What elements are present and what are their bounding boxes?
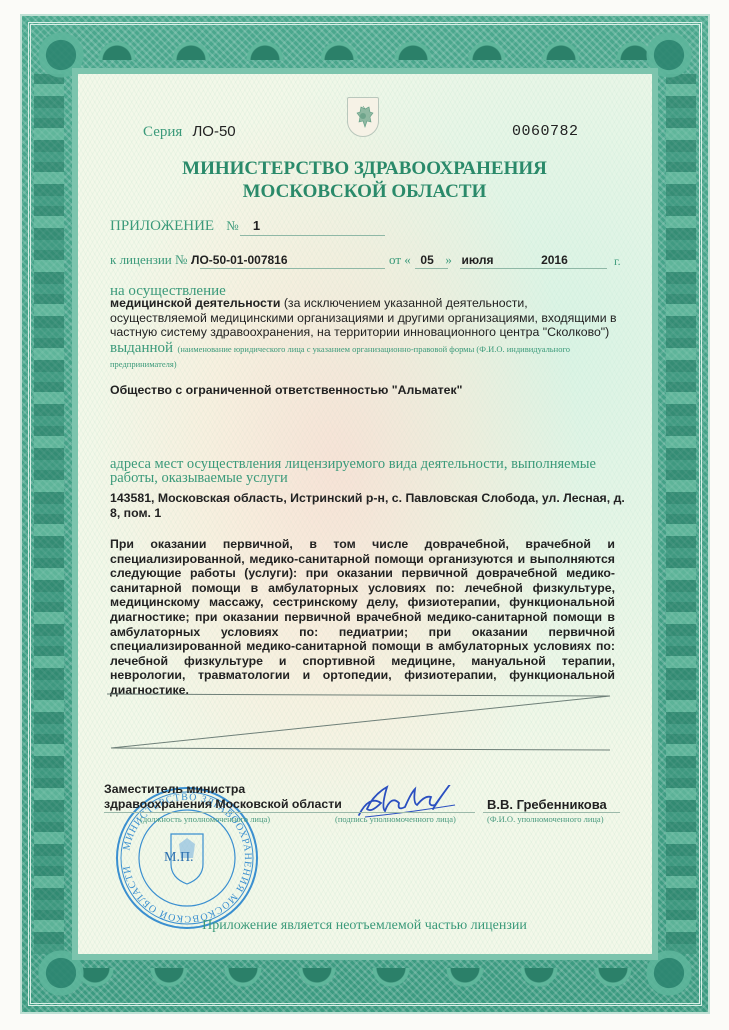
name-caption: (Ф.И.О. уполномоченного лица) <box>487 814 604 824</box>
license-label: к лицензии № <box>110 252 187 267</box>
appendix-heading: ПРИЛОЖЕНИЕ № 1 <box>110 217 260 235</box>
month-year-underline <box>460 268 607 269</box>
form-serial-number: 0060782 <box>512 123 579 140</box>
name-underline <box>483 812 620 813</box>
series: Серия ЛО-50 <box>143 123 236 141</box>
signatory-name: В.В. Гребенникова <box>487 797 607 812</box>
signature-underline <box>335 812 475 813</box>
license-date: от « 05 » июля 2016 <box>389 252 568 268</box>
address-value: 143581, Московская область, Истринский р… <box>110 491 625 520</box>
signatory-position: Заместитель министра здравоохранения Мос… <box>104 782 342 812</box>
day-underline <box>415 268 448 269</box>
license-year: 2016 <box>541 253 568 267</box>
position-underline <box>104 812 340 813</box>
appendix-number: 1 <box>253 218 260 233</box>
license-number: ЛО-50-01-007816 <box>191 253 287 267</box>
position-line2: здравоохранения Московской области <box>104 797 342 812</box>
signature-caption: (подпись уполномоченного лица) <box>335 814 456 824</box>
address-label: адреса мест осуществления лицензируемого… <box>110 457 630 485</box>
series-label: Серия <box>143 124 182 140</box>
year-suffix: г. <box>614 254 621 269</box>
license-number-underline <box>200 268 385 269</box>
footer-note: Приложение является неотъемлемой частью … <box>0 918 729 934</box>
activity-title: медицинской деятельности <box>110 296 280 310</box>
series-value: ЛО-50 <box>192 123 235 140</box>
ministry-title-line2: МОСКОВСКОЙ ОБЛАСТИ <box>0 180 729 203</box>
ministry-title-line1: МИНИСТЕРСТВО ЗДРАВООХРАНЕНИЯ <box>0 157 729 180</box>
issued-to-hint: (наименование юридического лица с указан… <box>110 344 570 369</box>
document-content: Серия ЛО-50 0060782 МИНИСТЕРСТВО ЗДРАВОО… <box>0 0 729 1030</box>
appendix-no-sign: № <box>226 218 238 233</box>
license-reference: к лицензии № ЛО-50-01-007816 <box>110 252 288 268</box>
activity-description: медицинской деятельности (за исключением… <box>110 296 625 340</box>
coat-of-arms-icon <box>347 97 379 137</box>
position-line1: Заместитель министра <box>104 782 342 797</box>
date-from-label: от « <box>389 252 411 267</box>
license-month: июля <box>462 253 494 267</box>
blank-space-strikeout <box>105 690 615 752</box>
date-day-close: » <box>445 252 452 267</box>
issued-to-label-block: выданной (наименование юридического лица… <box>110 341 625 371</box>
services-list: При оказании первичной, в том числе довр… <box>110 537 615 698</box>
issued-to-label: выданной <box>110 340 173 356</box>
stamp-mp-label: М.П. <box>164 850 194 866</box>
organization-name: Общество с ограниченной ответственностью… <box>110 383 462 397</box>
license-day: 05 <box>420 253 433 267</box>
position-caption: (должность уполномоченного лица) <box>140 814 270 824</box>
appendix-label: ПРИЛОЖЕНИЕ <box>110 218 214 234</box>
appendix-number-underline <box>240 235 385 236</box>
